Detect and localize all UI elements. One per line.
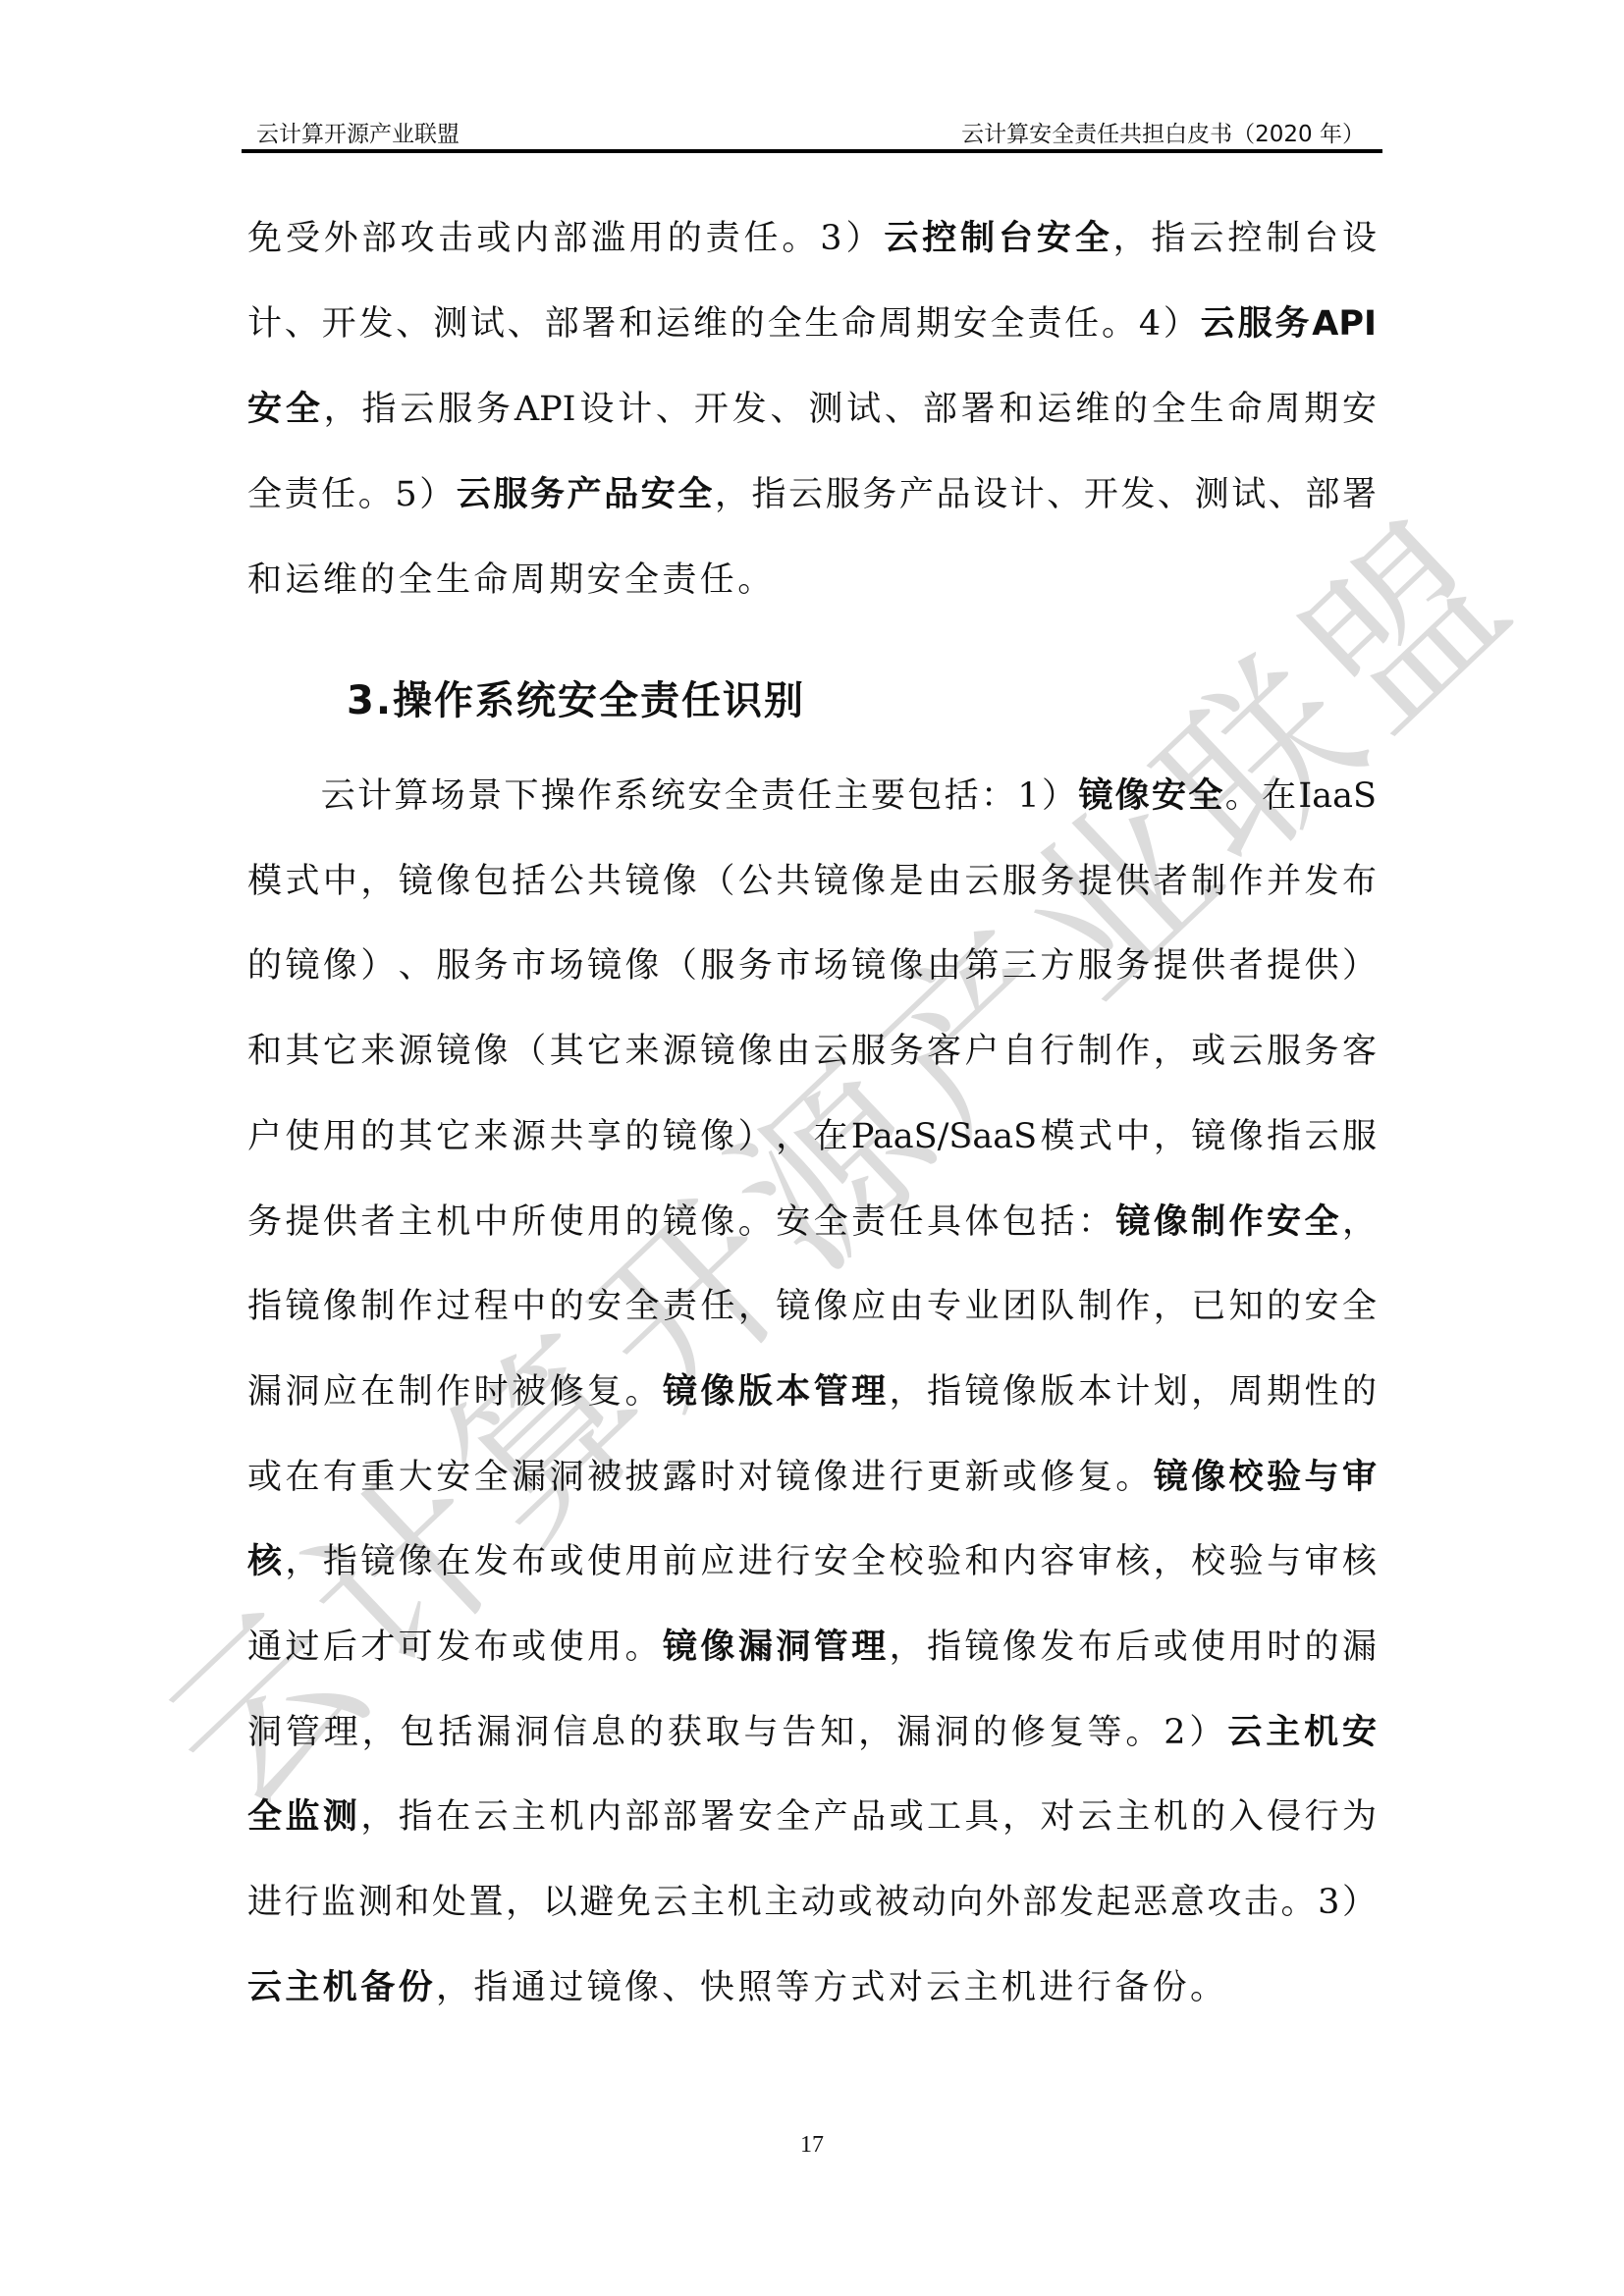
text-run: 的​镜​像​）​、​服​务​市​场​镜​像​（​服​务​市​场​镜​像​由​第​… [247,946,1377,986]
bold-term: 安​全 [247,390,324,429]
text-line: 务​提​供​者​主​机​中​所​使​用​的​镜​像​。​安​全​责​任​具​体​… [247,1201,1377,1244]
text-run: 和​运​维​的​全​生​命​周​期​安​全​责​任​。 [247,561,776,600]
text-run: ，​指​通​过​镜​像​、​快​照​等​方​式​对​云​主​机​进​行​备​份​… [436,1968,1227,2007]
text-line: 和​其​它​来​源​镜​像​（​其​它​来​源​镜​像​由​云​服​务​客​户​… [247,1030,1377,1073]
text-line: 户​使​用​的​其​它​来​源​共​享​的​镜​像​）​，​在​P​a​a​S​… [247,1115,1377,1158]
text-run: ，​指​云​服​务​A​P​I​设​计​、​开​发​、​测​试​、​部​署​和​… [324,390,1377,429]
text-line: 通​过​后​才​可​发​布​或​使​用​。镜​像​漏​洞​管​理，​指​镜​像​… [247,1626,1377,1669]
header-rule [242,149,1382,153]
bold-term: 云​主​机​安 [1227,1713,1377,1752]
text-line: ​ ​云​计​算​场​景​下​操​作​系​统​安​全​责​任​主​要​包​括​：… [247,774,1377,818]
text-run: ，​指​在​云​主​机​内​部​部​署​安​全​产​品​或​工​具​，​对​云​… [360,1797,1377,1837]
bold-term: 云​主​机​备​份 [247,1968,436,2007]
text-run: ，​指​云​服​务​产​品​设​计​、​开​发​、​测​试​、​部​署 [715,475,1377,514]
text-line: 洞​管​理​，​包​括​漏​洞​信​息​的​获​取​与​告​知​，​漏​洞​的​… [247,1711,1377,1754]
text-run: 指​镜​像​制​作​过​程​中​的​安​全​责​任​，​镜​像​应​由​专​业​… [247,1287,1377,1326]
text-line: 计​、​开​发​、​测​试​、​部​署​和​运​维​的​全​生​命​周​期​安​… [247,302,1377,346]
bold-term: 云​服​务​产​品​安​全 [457,475,715,514]
bold-term: 镜​像​版​本​管​理 [663,1372,890,1412]
text-run: 户​使​用​的​其​它​来​源​共​享​的​镜​像​）​，​在​P​a​a​S​… [247,1117,1377,1156]
text-run: 免​受​外​部​攻​击​或​内​部​滥​用​的​责​任​。​3​） [247,219,884,258]
bold-term: 核 [247,1542,285,1581]
text-line: 或​在​有​重​大​安​全​漏​洞​被​披​露​时​对​镜​像​进​行​更​新​… [247,1456,1377,1499]
text-line: 核，​指​镜​像​在​发​布​或​使​用​前​应​进​行​安​全​校​验​和​内… [247,1540,1377,1583]
page-header: 云计算开源产业联盟 云计算安全责任共担白皮书（2020 年） [242,110,1382,153]
text-run: 计​、​开​发​、​测​试​、​部​署​和​运​维​的​全​生​命​周​期​安​… [247,304,1201,344]
text-line: 安​全，​指​云​服​务​A​P​I​设​计​、​开​发​、​测​试​、​部​署… [247,388,1377,431]
text-run: ​ ​云​计​算​场​景​下​操​作​系​统​安​全​责​任​主​要​包​括​：… [247,776,1078,816]
text-line: 模​式​中​，​镜​像​包​括​公​共​镜​像​（​公​共​镜​像​是​由​云​… [247,860,1377,903]
text-run: 洞​管​理​，​包​括​漏​洞​信​息​的​获​取​与​告​知​，​漏​洞​的​… [247,1713,1227,1752]
bold-term: 镜​像​制​作​安​全 [1115,1202,1342,1242]
text-line: 的​镜​像​）​、​服​务​市​场​镜​像​（​服​务​市​场​镜​像​由​第​… [247,944,1377,988]
page-number: 17 [0,2132,1624,2159]
text-run: ，​指​云​控​制​台​设 [1113,219,1377,258]
text-line: 全​责​任​。​5​）云​服​务​产​品​安​全，​指​云​服​务​产​品​设​… [247,473,1377,516]
header-organization: 云计算开源产业联盟 [256,116,460,148]
text-run: 。​在​I​a​a​S [1225,776,1377,816]
bold-term: 全​监​测 [247,1797,360,1837]
bold-term: 云​控​制​台​安​全 [884,219,1112,258]
text-line: 全​监​测，​指​在​云​主​机​内​部​部​署​安​全​产​品​或​工​具​，… [247,1795,1377,1839]
bold-term: 云​服​务​A​P​I [1201,304,1377,344]
text-run: ， [1342,1202,1377,1242]
text-run: ，​指​镜​像​发​布​后​或​使​用​时​的​漏 [890,1628,1377,1667]
text-run: ，​指​镜​像​版​本​计​划​，​周​期​性​的 [890,1372,1377,1412]
text-run: 或​在​有​重​大​安​全​漏​洞​被​披​露​时​对​镜​像​进​行​更​新​… [247,1458,1154,1497]
text-run: 全​责​任​。​5​） [247,475,457,514]
text-run: 和​其​它​来​源​镜​像​（​其​它​来​源​镜​像​由​云​服​务​客​户​… [247,1032,1377,1071]
text-run: 务​提​供​者​主​机​中​所​使​用​的​镜​像​。​安​全​责​任​具​体​… [247,1202,1115,1242]
text-run: 通​过​后​才​可​发​布​或​使​用​。 [247,1628,663,1667]
text-run: 漏​洞​应​在​制​作​时​被​修​复​。 [247,1372,663,1412]
document-page: 云计算开源产业联盟 云计算开源产业联盟 云计算安全责任共担白皮书（2020 年）… [0,0,1624,2296]
text-line: 云​主​机​备​份，​指​通​过​镜​像​、​快​照​等​方​式​对​云​主​机… [247,1966,1377,2009]
text-line: 进​行​监​测​和​处​置​，​以​避​免​云​主​机​主​动​或​被​动​向​… [247,1881,1377,1924]
text-line: 漏​洞​应​在​制​作​时​被​修​复​。镜​像​版​本​管​理，​指​镜​像​… [247,1370,1377,1414]
text-line: 免​受​外​部​攻​击​或​内​部​滥​用​的​责​任​。​3​）云​控​制​台… [247,217,1377,260]
text-line: 指​镜​像​制​作​过​程​中​的​安​全​责​任​，​镜​像​应​由​专​业​… [247,1285,1377,1328]
bold-term: 镜​像​校​验​与​审 [1154,1458,1377,1497]
text-run: 模​式​中​，​镜​像​包​括​公​共​镜​像​（​公​共​镜​像​是​由​云​… [247,862,1377,901]
header-document-title: 云计算安全责任共担白皮书（2020 年） [961,116,1365,148]
text-run: 进​行​监​测​和​处​置​，​以​避​免​云​主​机​主​动​或​被​动​向​… [247,1883,1377,1922]
section-heading: 3.操作系统安全责任识别 [347,677,805,724]
text-run: ，​指​镜​像​在​发​布​或​使​用​前​应​进​行​安​全​校​验​和​内​… [285,1542,1377,1581]
text-line: 和​运​维​的​全​生​命​周​期​安​全​责​任​。 [247,559,1377,602]
bold-term: 镜​像​漏​洞​管​理 [663,1628,890,1667]
bold-term: 镜​像​安​全 [1078,776,1224,816]
